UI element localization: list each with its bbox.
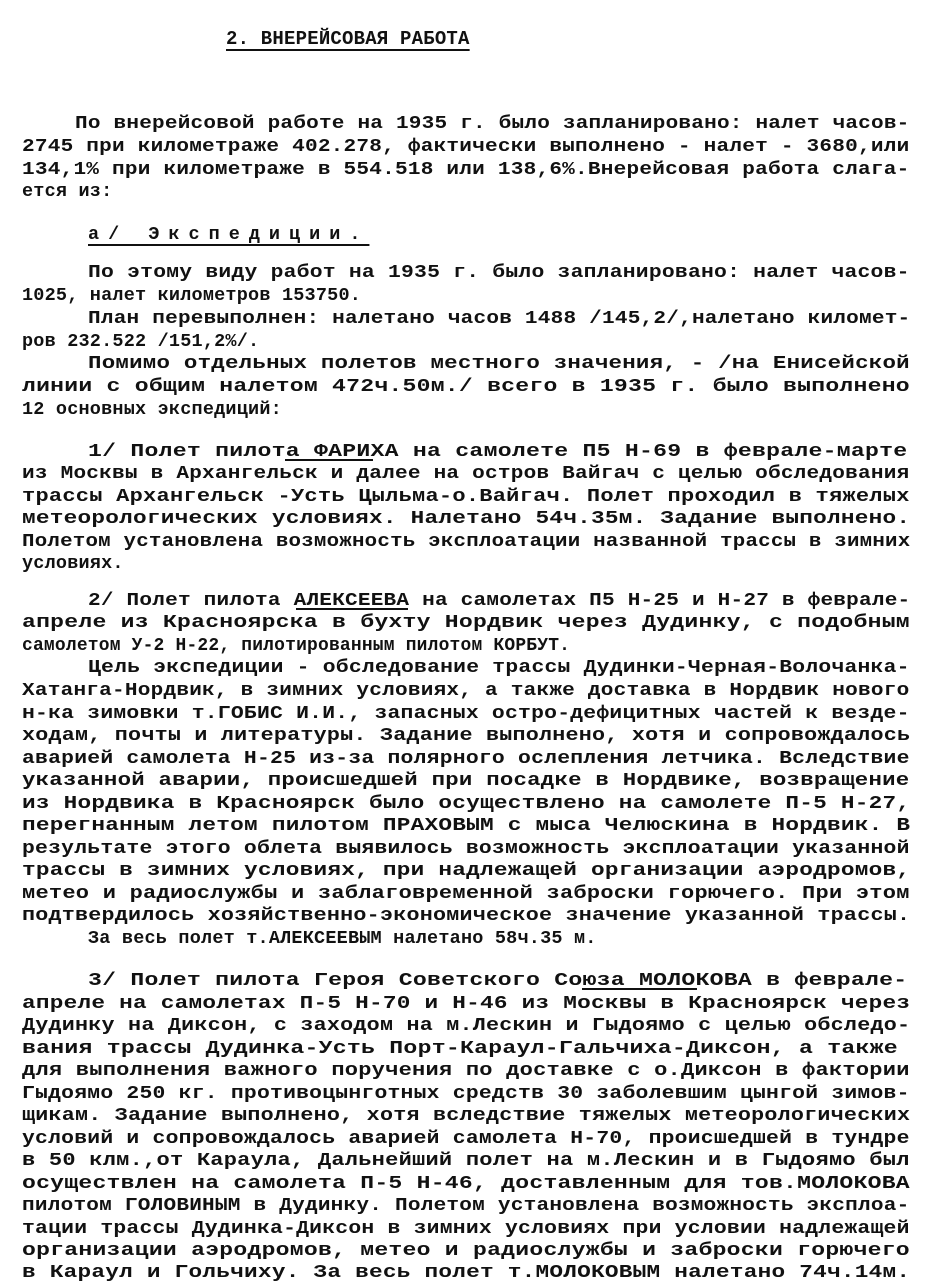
item2-line: из Нордвика в Красноярск было осуществле…	[22, 793, 910, 815]
item3-line: Дудинку на Диксон, с заходом на м.Лескин…	[22, 1015, 910, 1037]
pilot-name-underline	[582, 988, 697, 990]
item3-line: тации трассы Дудинка-Диксон в зимних усл…	[22, 1218, 910, 1240]
section-a-line: По этому виду работ на 1935 г. было запл…	[88, 262, 910, 284]
item3-line: пилотом ГОЛОВИНЫМ в Дудинку. Полетом уст…	[22, 1195, 909, 1217]
item3-line: щикам. Задание выполнено, хотя вследстви…	[22, 1105, 910, 1127]
item3-line: в 50 клм.,от Караула, Дальнейший полет н…	[22, 1150, 910, 1172]
section-a-line: 1025, налет километров 153750.	[22, 285, 361, 307]
typewritten-page: 2. ВНЕРЕЙСОВАЯ РАБОТА По внерейсовой раб…	[0, 0, 927, 1282]
item3-line: условий и сопровождалось аварией самолет…	[22, 1128, 910, 1150]
item3-line: для выполнения важного поручения по дост…	[22, 1060, 910, 1082]
subsection-heading: а/ Экспедиции.	[88, 224, 369, 246]
item3-line: 3/ Полет пилота Героя Советского Союза М…	[88, 970, 907, 992]
item2-line: указанной аварии, происшедшей при посадк…	[22, 770, 909, 792]
item1-line: 1/ Полет пилота ФАРИХА на самолете П5 Н-…	[88, 441, 907, 463]
item2-line: 2/ Полет пилота АЛЕКСЕЕВА на самолетах П…	[88, 590, 910, 612]
item1-line: из Москвы в Архангельск и далее на остро…	[22, 463, 909, 485]
intro-line: По внерейсовой работе на 1935 г. было за…	[75, 113, 910, 135]
intro-line: 134,1% при километраже в 554.518 или 138…	[22, 159, 909, 181]
section-a-line: Помимо отдельных полетов местного значен…	[88, 353, 910, 375]
section-a-line: План перевыполнен: налетано часов 1488 /…	[88, 308, 910, 330]
item2-line: перегнанным летом пилотом ПРАХОВЫМ с мыс…	[22, 815, 910, 837]
pilot-name-underline	[285, 459, 373, 461]
section-a-line: ров 232.522 /151,2%/.	[22, 331, 259, 353]
item1-line: метеорологических условиях. Налетано 54ч…	[22, 508, 910, 530]
pilot-name-underline	[296, 608, 408, 610]
section-a-line: 12 основных экспедиций:	[22, 399, 282, 421]
item2-line: ходам, почты и литературы. Задание выпол…	[22, 725, 910, 747]
item2-line: трассы в зимних условиях, при надлежащей…	[22, 860, 910, 882]
item2-line: результате этого облета выявилось возмож…	[22, 838, 910, 860]
item2-line: аварией самолета Н-25 из-за полярного ос…	[22, 748, 910, 770]
item2-line: н-ка зимовки т.ГОБИС И.И., запасных остр…	[22, 703, 910, 725]
item3-line: в Караул и Гольчиху. За весь полет т.МОЛ…	[22, 1262, 910, 1282]
item2-line: За весь полет т.АЛЕКСЕЕВЫМ налетано 58ч.…	[88, 928, 597, 950]
item2-line: Хатанга-Нордвик, в зимних условиях, а та…	[22, 680, 909, 702]
item1-line: условиях.	[22, 553, 124, 575]
section-a-line: линии с общим налетом 472ч.50м./ всего в…	[22, 376, 910, 398]
item2-line: метео и радиослужбы и заблаговременной з…	[22, 883, 910, 905]
item2-line: подтвердилось хозяйственно-экономическое…	[22, 905, 910, 927]
item2-line: Цель экспедиции - обследование трассы Ду…	[88, 657, 910, 679]
item2-line: апреле из Красноярска в бухту Нордвик че…	[22, 612, 910, 634]
item3-line: Гыдоямо 250 кг. противоцынготных средств…	[22, 1083, 910, 1105]
item3-line: осуществлен на самолета П-5 Н-46, достав…	[22, 1173, 910, 1195]
section-title: 2. ВНЕРЕЙСОВАЯ РАБОТА	[226, 28, 470, 50]
intro-line: 2745 при километраже 402.278, фактически…	[22, 136, 909, 158]
item1-line: Полетом установлена возможность эксплоат…	[22, 531, 910, 553]
item3-line: организации аэродромов, метео и радиослу…	[22, 1240, 910, 1262]
item1-line: трассы Архангельск -Усть Цыльма-о.Вайгач…	[22, 486, 910, 508]
intro-line: ется из:	[22, 181, 112, 203]
item2-line: самолетом У-2 Н-22, пилотированным пилот…	[22, 635, 570, 657]
item3-line: вания трассы Дудинка-Усть Порт-Караул-Га…	[22, 1038, 898, 1060]
item3-line: апреле на самолетах П-5 Н-70 и Н-46 из М…	[22, 993, 910, 1015]
